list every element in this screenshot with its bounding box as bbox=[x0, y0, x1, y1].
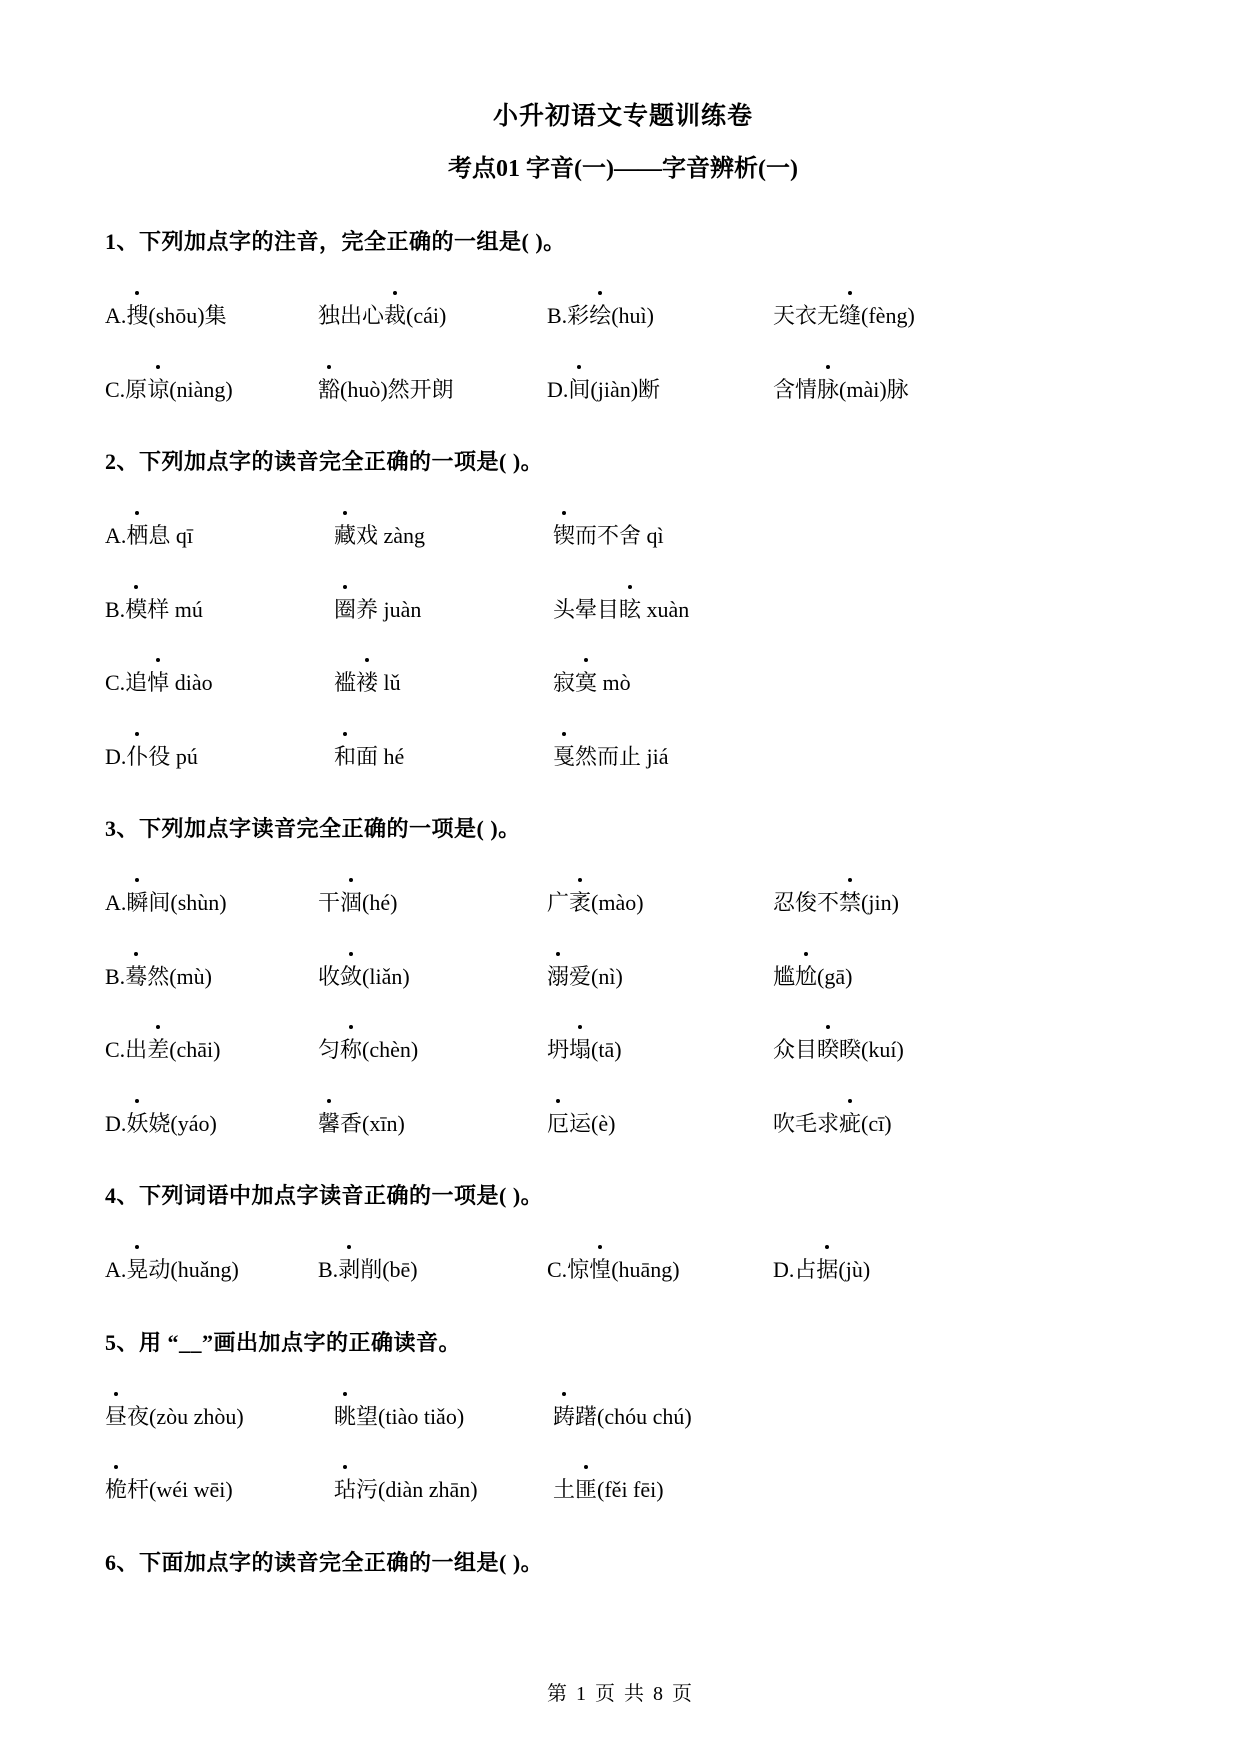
phrase-pre: 天衣无 bbox=[773, 303, 839, 328]
option-phrase: A.晃动(huǎng) bbox=[105, 1256, 318, 1284]
phrase-pre: 褴 bbox=[334, 670, 356, 695]
dotted-char: 玷 bbox=[334, 1476, 356, 1504]
phrase-pre: 头晕目 bbox=[553, 597, 619, 622]
phrase-pre: 寂 bbox=[553, 670, 575, 695]
page-number: 第 1 页 共 8 页 bbox=[0, 1677, 1241, 1706]
phrase-post: 娆(yáo) bbox=[148, 1111, 216, 1136]
phrase-pre: 匀 bbox=[318, 1037, 340, 1062]
dotted-char: 妖 bbox=[126, 1110, 148, 1138]
phrase-pre: A. bbox=[105, 1257, 126, 1282]
dotted-char: 疵 bbox=[839, 1110, 861, 1138]
option-row: A.搜(shōu)集独出心裁(cái)B.彩绘(huì)天衣无缝(fèng) bbox=[105, 302, 1141, 330]
option-phrase: C.出差(chāi) bbox=[105, 1036, 318, 1064]
phrase-post: (mài)脉 bbox=[839, 377, 909, 402]
question-6: 6、下面加点字的读音完全正确的一组是( )。 bbox=[105, 1546, 1141, 1577]
phrase-post: mò bbox=[597, 670, 631, 695]
phrase-pre: 收 bbox=[318, 964, 340, 989]
dotted-char: 惶 bbox=[589, 1256, 611, 1284]
phrase-pre: 土 bbox=[553, 1477, 575, 1502]
option-phrase: 藏戏 zàng bbox=[334, 522, 553, 550]
dotted-char: 厄 bbox=[547, 1110, 569, 1138]
option-phrase: 寂寞 mò bbox=[553, 669, 1141, 697]
phrase-pre: B. bbox=[105, 597, 125, 622]
phrase-pre: 吹毛求 bbox=[773, 1111, 839, 1136]
option-phrase: 忍俊不禁(jin) bbox=[773, 889, 1141, 917]
option-row: C.出差(chāi)匀称(chèn)坍塌(tā)众目睽睽(kuí) bbox=[105, 1036, 1141, 1064]
question-prompt: 4、下列词语中加点字读音正确的一项是( )。 bbox=[105, 1179, 1141, 1210]
dotted-char: 睽 bbox=[817, 1036, 839, 1064]
phrase-pre: 坍 bbox=[547, 1037, 569, 1062]
phrase-pre: B. bbox=[105, 964, 125, 989]
dotted-char: 裁 bbox=[384, 302, 406, 330]
phrase-post: (fěi fēi) bbox=[597, 1477, 664, 1502]
dotted-char: 昼 bbox=[105, 1403, 127, 1431]
phrase-pre: B. bbox=[318, 1257, 338, 1282]
phrase-post: (mào) bbox=[591, 890, 644, 915]
phrase-post: 望(tiào tiǎo) bbox=[356, 1404, 464, 1429]
dotted-char: 和 bbox=[334, 743, 356, 771]
dotted-char: 据 bbox=[816, 1256, 838, 1284]
option-phrase: 昼夜(zòu zhòu) bbox=[105, 1403, 334, 1431]
option-phrase: C.追悼 diào bbox=[105, 669, 334, 697]
dotted-char: 圈 bbox=[334, 596, 356, 624]
dotted-char: 踌 bbox=[553, 1403, 575, 1431]
option-phrase: 戛然而止 jiá bbox=[553, 743, 1141, 771]
option-phrase: 眺望(tiào tiǎo) bbox=[334, 1403, 553, 1431]
option-phrase: 头晕目眩 xuàn bbox=[553, 596, 1141, 624]
option-phrase: 含情脉(mài)脉 bbox=[773, 376, 1141, 404]
dotted-char: 馨 bbox=[318, 1110, 340, 1138]
phrase-post: 戏 zàng bbox=[356, 523, 425, 548]
option-phrase: A.栖息 qī bbox=[105, 522, 334, 550]
option-phrase: 土匪(fěi fēi) bbox=[553, 1476, 1141, 1504]
dotted-char: 悼 bbox=[147, 669, 169, 697]
phrase-post: 爱(nì) bbox=[569, 964, 623, 989]
dotted-char: 豁 bbox=[318, 376, 340, 404]
dotted-char: 禁 bbox=[839, 889, 861, 917]
phrase-post: 杆(wéi wēi) bbox=[127, 1477, 233, 1502]
option-row: 桅杆(wéi wēi)玷污(diàn zhān)土匪(fěi fēi) bbox=[105, 1476, 1141, 1504]
phrase-post: 然(mù) bbox=[147, 964, 212, 989]
dotted-char: 袤 bbox=[569, 889, 591, 917]
dotted-char: 褛 bbox=[356, 669, 378, 697]
option-row: B.模样 mú圈养 juàn头晕目眩 xuàn bbox=[105, 596, 1141, 624]
phrase-post: (cái) bbox=[406, 303, 446, 328]
phrase-post: (liǎn) bbox=[362, 964, 410, 989]
phrase-post: diào bbox=[169, 670, 212, 695]
dotted-char: 搜 bbox=[126, 302, 148, 330]
option-phrase: D.妖娆(yáo) bbox=[105, 1110, 318, 1138]
phrase-post: 息 qī bbox=[148, 523, 193, 548]
phrase-post: (chāi) bbox=[169, 1037, 220, 1062]
exam-page: 小升初语文专题训练卷 考点01 字音(一)——字音辨析(一) 1、下列加点字的注… bbox=[0, 0, 1241, 1754]
dotted-char: 藏 bbox=[334, 522, 356, 550]
question-1: 1、下列加点字的注音，完全正确的一组是( )。A.搜(shōu)集独出心裁(cá… bbox=[105, 225, 1141, 403]
option-row: D.妖娆(yáo)馨香(xīn)厄运(è)吹毛求疵(cī) bbox=[105, 1110, 1141, 1138]
dotted-char: 溺 bbox=[547, 963, 569, 991]
phrase-post: 躇(chóu chú) bbox=[575, 1404, 692, 1429]
phrase-pre: D.占 bbox=[773, 1257, 816, 1282]
dotted-char: 剥 bbox=[338, 1256, 360, 1284]
option-phrase: 溺爱(nì) bbox=[547, 963, 773, 991]
option-phrase: 干涸(hé) bbox=[318, 889, 547, 917]
dotted-char: 缝 bbox=[839, 302, 861, 330]
option-phrase: 收敛(liǎn) bbox=[318, 963, 547, 991]
phrase-post: (hé) bbox=[362, 890, 397, 915]
dotted-char: 锲 bbox=[553, 522, 575, 550]
dotted-char: 仆 bbox=[126, 743, 148, 771]
option-phrase: A.搜(shōu)集 bbox=[105, 302, 318, 330]
dotted-char: 蓦 bbox=[125, 963, 147, 991]
dotted-char: 眩 bbox=[619, 596, 641, 624]
option-phrase: 馨香(xīn) bbox=[318, 1110, 547, 1138]
dotted-char: 匪 bbox=[575, 1476, 597, 1504]
phrase-post: (chèn) bbox=[362, 1037, 418, 1062]
phrase-post: 运(è) bbox=[569, 1111, 615, 1136]
phrase-post: 样 mú bbox=[147, 597, 203, 622]
dotted-char: 晃 bbox=[126, 1256, 148, 1284]
dotted-char: 栖 bbox=[126, 522, 148, 550]
option-phrase: D.占据(jù) bbox=[773, 1256, 1141, 1284]
question-prompt: 3、下列加点字读音完全正确的一项是( )。 bbox=[105, 812, 1141, 843]
dotted-char: 差 bbox=[147, 1036, 169, 1064]
phrase-pre: 独出心 bbox=[318, 303, 384, 328]
question-prompt: 6、下面加点字的读音完全正确的一组是( )。 bbox=[105, 1546, 1141, 1577]
option-phrase: 豁(huò)然开朗 bbox=[318, 376, 547, 404]
option-phrase: 踌躇(chóu chú) bbox=[553, 1403, 1141, 1431]
phrase-pre: 广 bbox=[547, 890, 569, 915]
dotted-char: 间 bbox=[568, 376, 590, 404]
phrase-pre: B.彩 bbox=[547, 303, 589, 328]
phrase-post: 而不舍 qì bbox=[575, 523, 664, 548]
page-subtitle: 考点01 字音(一)——字音辨析(一) bbox=[105, 148, 1141, 183]
questions: 1、下列加点字的注音，完全正确的一组是( )。A.搜(shōu)集独出心裁(cá… bbox=[105, 225, 1141, 1577]
option-phrase: 天衣无缝(fèng) bbox=[773, 302, 1141, 330]
phrase-post: (shōu)集 bbox=[148, 303, 226, 328]
phrase-post: (jiàn)断 bbox=[590, 377, 660, 402]
dotted-char: 眺 bbox=[334, 1403, 356, 1431]
option-phrase: C.原谅(niàng) bbox=[105, 376, 318, 404]
option-row: D.仆役 pú和面 hé戛然而止 jiá bbox=[105, 743, 1141, 771]
option-phrase: 吹毛求疵(cī) bbox=[773, 1110, 1141, 1138]
dotted-char: 涸 bbox=[340, 889, 362, 917]
question-5: 5、用 “__”画出加点字的正确读音。昼夜(zòu zhòu)眺望(tiào t… bbox=[105, 1326, 1141, 1504]
option-phrase: 锲而不舍 qì bbox=[553, 522, 1141, 550]
question-4: 4、下列词语中加点字读音正确的一项是( )。A.晃动(huǎng)B.剥削(bē… bbox=[105, 1179, 1141, 1284]
page-title: 小升初语文专题训练卷 bbox=[105, 96, 1141, 132]
phrase-post: 养 juàn bbox=[356, 597, 421, 622]
option-phrase: 玷污(diàn zhān) bbox=[334, 1476, 553, 1504]
option-row: C.原谅(niàng)豁(huò)然开朗D.间(jiàn)断含情脉(mài)脉 bbox=[105, 376, 1141, 404]
phrase-pre: D. bbox=[547, 377, 568, 402]
phrase-pre: C.出 bbox=[105, 1037, 147, 1062]
option-phrase: D.间(jiàn)断 bbox=[547, 376, 773, 404]
option-phrase: B.剥削(bē) bbox=[318, 1256, 547, 1284]
phrase-post: 间(shùn) bbox=[148, 890, 226, 915]
phrase-pre: C.原 bbox=[105, 377, 147, 402]
question-prompt: 1、下列加点字的注音，完全正确的一组是( )。 bbox=[105, 225, 1141, 256]
dotted-char: 模 bbox=[125, 596, 147, 624]
option-phrase: B.模样 mú bbox=[105, 596, 334, 624]
option-phrase: 坍塌(tā) bbox=[547, 1036, 773, 1064]
phrase-pre: A. bbox=[105, 890, 126, 915]
phrase-post: (cī) bbox=[861, 1111, 892, 1136]
option-row: A.瞬间(shùn)干涸(hé)广袤(mào)忍俊不禁(jin) bbox=[105, 889, 1141, 917]
question-2: 2、下列加点字的读音完全正确的一项是( )。A.栖息 qī藏戏 zàng锲而不舍… bbox=[105, 445, 1141, 770]
phrase-post: (huāng) bbox=[611, 1257, 679, 1282]
option-phrase: 众目睽睽(kuí) bbox=[773, 1036, 1141, 1064]
phrase-post: (gā) bbox=[817, 964, 852, 989]
phrase-pre: A. bbox=[105, 523, 126, 548]
phrase-pre: C.追 bbox=[105, 670, 147, 695]
phrase-post: 役 pú bbox=[148, 744, 198, 769]
phrase-post: 动(huǎng) bbox=[148, 1257, 238, 1282]
question-3: 3、下列加点字读音完全正确的一项是( )。A.瞬间(shùn)干涸(hé)广袤(… bbox=[105, 812, 1141, 1137]
phrase-post: (jù) bbox=[838, 1257, 870, 1282]
option-phrase: 尴尬(gā) bbox=[773, 963, 1141, 991]
phrase-post: 然而止 jiá bbox=[575, 744, 669, 769]
phrase-pre: 含情 bbox=[773, 377, 817, 402]
option-row: B.蓦然(mù)收敛(liǎn)溺爱(nì)尴尬(gā) bbox=[105, 963, 1141, 991]
phrase-post: xuàn bbox=[641, 597, 689, 622]
phrase-post: lǔ bbox=[378, 670, 401, 695]
phrase-post: 夜(zòu zhòu) bbox=[127, 1404, 244, 1429]
option-phrase: 褴褛 lǔ bbox=[334, 669, 553, 697]
phrase-pre: 众目 bbox=[773, 1037, 817, 1062]
phrase-pre: D. bbox=[105, 744, 126, 769]
option-phrase: 独出心裁(cái) bbox=[318, 302, 547, 330]
option-phrase: 圈养 juàn bbox=[334, 596, 553, 624]
dotted-char: 尬 bbox=[795, 963, 817, 991]
phrase-post: 香(xīn) bbox=[340, 1111, 405, 1136]
option-phrase: 厄运(è) bbox=[547, 1110, 773, 1138]
option-phrase: 广袤(mào) bbox=[547, 889, 773, 917]
option-phrase: 桅杆(wéi wēi) bbox=[105, 1476, 334, 1504]
option-phrase: 和面 hé bbox=[334, 743, 553, 771]
phrase-pre: D. bbox=[105, 1111, 126, 1136]
phrase-post: (huò)然开朗 bbox=[340, 377, 454, 402]
option-phrase: B.彩绘(huì) bbox=[547, 302, 773, 330]
option-phrase: 匀称(chèn) bbox=[318, 1036, 547, 1064]
phrase-post: (fèng) bbox=[861, 303, 915, 328]
dotted-char: 桅 bbox=[105, 1476, 127, 1504]
dotted-char: 敛 bbox=[340, 963, 362, 991]
phrase-pre: A. bbox=[105, 303, 126, 328]
phrase-post: (jin) bbox=[861, 890, 899, 915]
option-phrase: D.仆役 pú bbox=[105, 743, 334, 771]
dotted-char: 绘 bbox=[589, 302, 611, 330]
phrase-post: (niàng) bbox=[169, 377, 233, 402]
dotted-char: 称 bbox=[340, 1036, 362, 1064]
phrase-pre: 尴 bbox=[773, 964, 795, 989]
dotted-char: 脉 bbox=[817, 376, 839, 404]
phrase-post: 削(bē) bbox=[360, 1257, 417, 1282]
phrase-post: (huì) bbox=[611, 303, 654, 328]
dotted-char: 寞 bbox=[575, 669, 597, 697]
phrase-post: (tā) bbox=[591, 1037, 622, 1062]
option-row: A.栖息 qī藏戏 zàng锲而不舍 qì bbox=[105, 522, 1141, 550]
option-phrase: C.惊惶(huāng) bbox=[547, 1256, 773, 1284]
phrase-post: 污(diàn zhān) bbox=[356, 1477, 478, 1502]
option-row: C.追悼 diào褴褛 lǔ寂寞 mò bbox=[105, 669, 1141, 697]
phrase-post: 面 hé bbox=[356, 744, 404, 769]
phrase-post: 睽(kuí) bbox=[839, 1037, 904, 1062]
dotted-char: 谅 bbox=[147, 376, 169, 404]
option-phrase: A.瞬间(shùn) bbox=[105, 889, 318, 917]
option-phrase: B.蓦然(mù) bbox=[105, 963, 318, 991]
option-row: 昼夜(zòu zhòu)眺望(tiào tiǎo)踌躇(chóu chú) bbox=[105, 1403, 1141, 1431]
phrase-pre: C.惊 bbox=[547, 1257, 589, 1282]
dotted-char: 戛 bbox=[553, 743, 575, 771]
phrase-pre: 忍俊不 bbox=[773, 890, 839, 915]
question-prompt: 5、用 “__”画出加点字的正确读音。 bbox=[105, 1326, 1141, 1357]
dotted-char: 瞬 bbox=[126, 889, 148, 917]
option-row: A.晃动(huǎng)B.剥削(bē)C.惊惶(huāng)D.占据(jù) bbox=[105, 1256, 1141, 1284]
dotted-char: 塌 bbox=[569, 1036, 591, 1064]
question-prompt: 2、下列加点字的读音完全正确的一项是( )。 bbox=[105, 445, 1141, 476]
phrase-pre: 干 bbox=[318, 890, 340, 915]
